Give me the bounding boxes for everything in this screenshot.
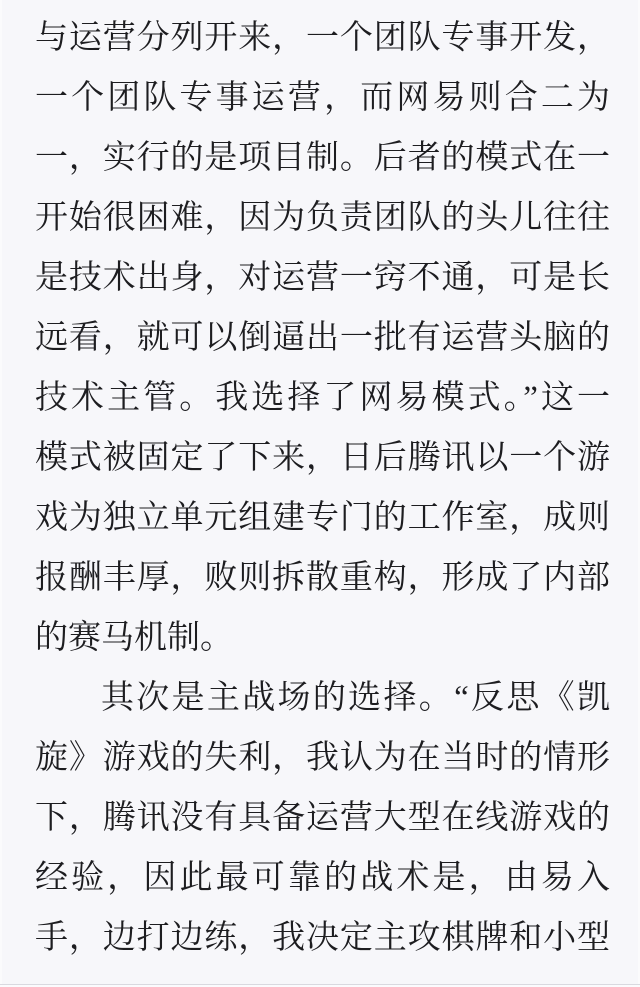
ebook-page[interactable]: 与运营分列开来，一个团队专事开发，一个团队专事运营，而网易则合二为一，实行的是项… — [0, 0, 640, 987]
page-text: 与运营分列开来，一个团队专事开发，一个团队专事运营，而网易则合二为一，实行的是项… — [35, 8, 610, 968]
text-line: 经验，因此最可靠的战术是，由易入 — [35, 848, 610, 908]
text-line: 戏为独立单元组建专门的工作室，成则 — [35, 488, 610, 548]
text-line: 其次是主战场的选择。“反思《凯 — [35, 668, 610, 728]
text-line: 报酬丰厚，败则拆散重构，形成了内部 — [35, 548, 610, 608]
page-left-edge — [0, 0, 2, 987]
text-line: 模式被固定了下来，日后腾讯以一个游 — [35, 428, 610, 488]
text-line: 是技术出身，对运营一窍不通，可是长 — [35, 248, 610, 308]
text-line: 手，边打边练，我决定主攻棋牌和小型 — [35, 908, 610, 968]
text-line: 旋》游戏的失利，我认为在当时的情形 — [35, 728, 610, 788]
text-line: 技术主管。我选择了网易模式。”这一 — [35, 368, 610, 428]
text-line: 一个团队专事运营，而网易则合二为 — [35, 68, 610, 128]
text-line: 与运营分列开来，一个团队专事开发， — [35, 8, 610, 68]
text-line: 远看，就可以倒逼出一批有运营头脑的 — [35, 308, 610, 368]
text-line: 一，实行的是项目制。后者的模式在一 — [35, 128, 610, 188]
text-line: 的赛马机制。 — [35, 608, 610, 668]
text-line: 开始很困难，因为负责团队的头儿往往 — [35, 188, 610, 248]
text-line: 下，腾讯没有具备运营大型在线游戏的 — [35, 788, 610, 848]
